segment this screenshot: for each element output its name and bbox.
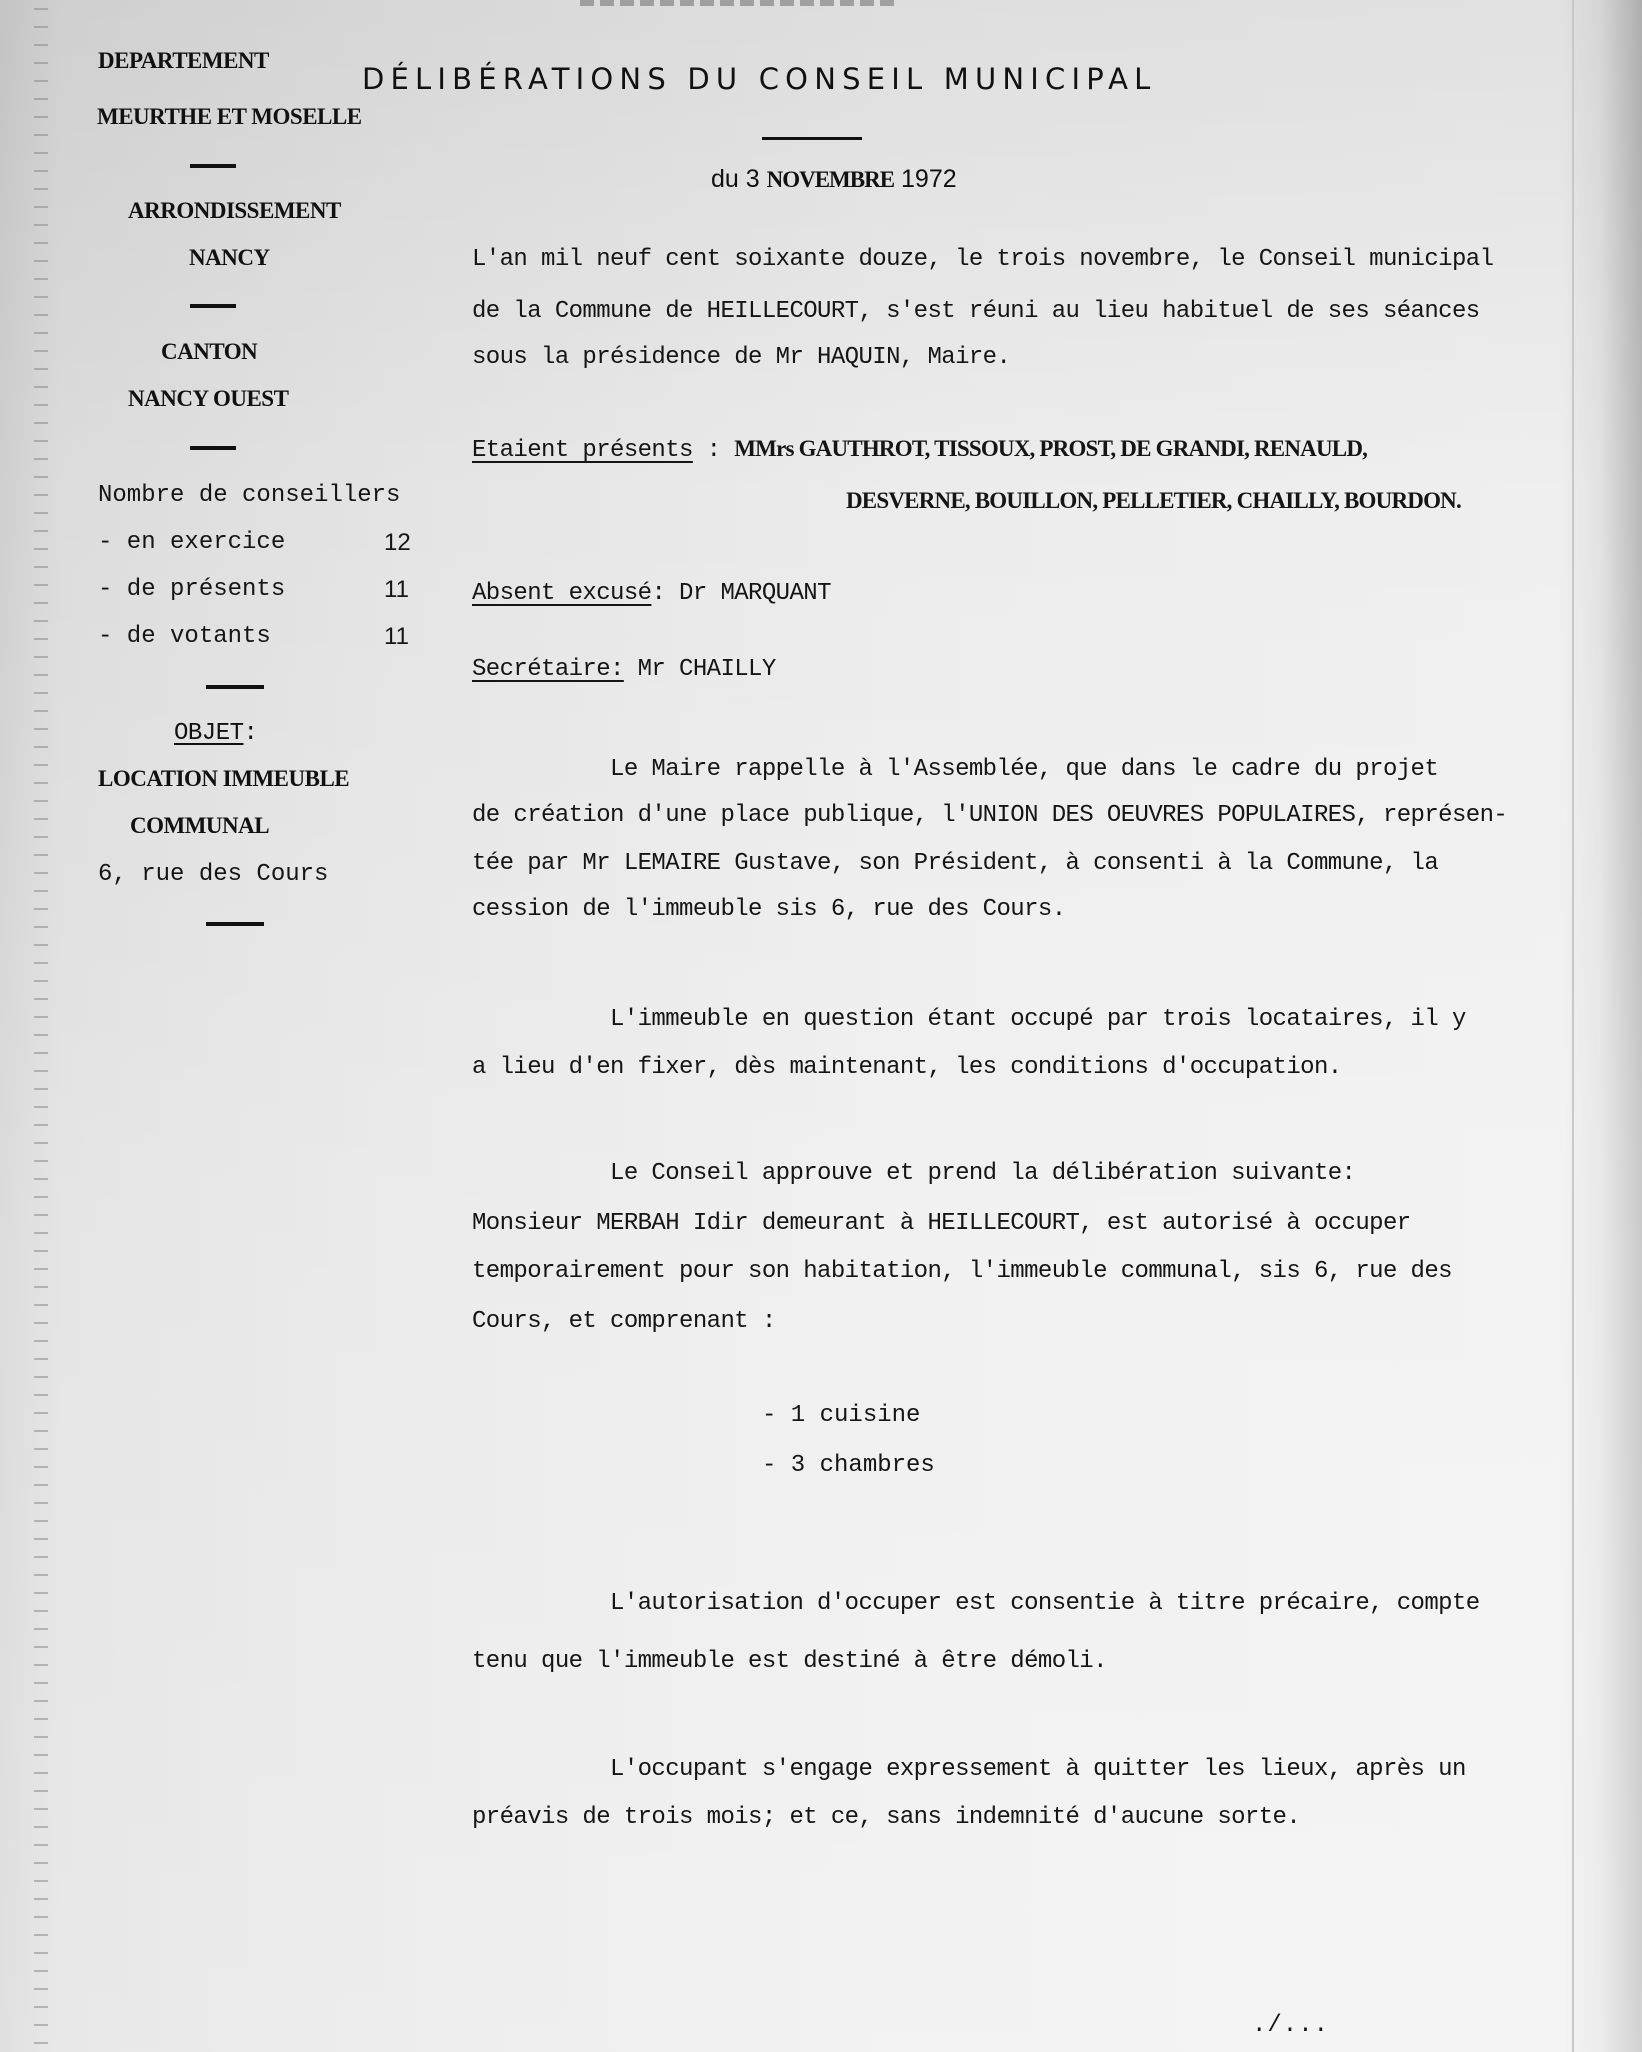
departement-label: DEPARTEMENT — [98, 48, 269, 74]
count-label-exercice: - en exercice — [98, 529, 285, 556]
objet-heading: OBJET: — [174, 720, 257, 747]
divider — [190, 446, 236, 450]
paragraph4-line-2: tenu que l'immeuble est destiné à être d… — [472, 1648, 1107, 1675]
presents-row-2: DESVERNE, BOUILLON, PELLETIER, CHAILLY, … — [846, 488, 1461, 516]
presents-separator: : — [693, 437, 734, 464]
presents-names-2: DESVERNE, BOUILLON, PELLETIER, CHAILLY, … — [846, 488, 1461, 513]
count-label-presents: - de présents — [98, 576, 285, 603]
date-prefix: du 3 — [711, 165, 767, 193]
preamble-line-2: de la Commune de HEILLECOURT, s'est réun… — [472, 298, 1480, 325]
objet-label: OBJET — [174, 720, 244, 747]
secretaire-row: Secrétaire: Mr CHAILLY — [472, 656, 776, 683]
title-rule — [762, 137, 862, 140]
previous-page-fragment — [580, 0, 900, 6]
room-item-bedrooms: - 3 chambres — [762, 1452, 935, 1479]
paragraph3-line-1: Le Conseil approuve et prend la délibéra… — [472, 1160, 1355, 1187]
count-value-presents: 11 — [384, 576, 409, 604]
room-item-kitchen: - 1 cuisine — [762, 1402, 920, 1429]
paragraph1-line-2: de création d'une place publique, l'UNIO… — [472, 802, 1507, 829]
presents-row: Etaient présents : MMrs GAUTHROT, TISSOU… — [472, 436, 1367, 464]
presents-label: Etaient présents — [472, 437, 693, 464]
page-fold-line — [1572, 0, 1574, 2052]
objet-line-3: 6, rue des Cours — [98, 861, 328, 888]
paragraph2-line-1: L'immeuble en question étant occupé par … — [472, 1006, 1466, 1033]
preamble-line-1: L'an mil neuf cent soixante douze, le tr… — [472, 246, 1493, 273]
canton-value: NANCY OUEST — [128, 386, 288, 412]
paragraph4-line-1: L'autorisation d'occuper est consentie à… — [472, 1590, 1480, 1617]
paragraph2-line-2: a lieu d'en fixer, dès maintenant, les c… — [472, 1054, 1342, 1081]
arrondissement-label: ARRONDISSEMENT — [128, 198, 341, 224]
count-label-votants: - de votants — [98, 623, 271, 650]
canton-label: CANTON — [161, 339, 257, 365]
count-value-votants: 11 — [384, 623, 409, 651]
paragraph3-line-3: temporairement pour son habitation, l'im… — [472, 1258, 1452, 1285]
secretaire-label: Secrétaire: — [472, 656, 624, 683]
absent-row: Absent excusé: Dr MARQUANT — [472, 580, 831, 607]
paragraph5-line-1: L'occupant s'engage expressement à quitt… — [472, 1756, 1466, 1783]
continuation-mark: ./... — [1252, 2012, 1329, 2039]
objet-line-2: COMMUNAL — [130, 813, 269, 839]
objet-line-1: LOCATION IMMEUBLE — [98, 766, 349, 792]
divider — [190, 164, 236, 168]
paragraph5-line-2: préavis de trois mois; et ce, sans indem… — [472, 1804, 1300, 1831]
divider — [206, 922, 264, 926]
objet-colon: : — [244, 720, 258, 747]
divider — [206, 685, 264, 689]
perforated-edge — [34, 0, 48, 2052]
conseillers-heading: Nombre de conseillers — [98, 482, 400, 509]
preamble-line-3: sous la présidence de Mr HAQUIN, Maire. — [472, 344, 1010, 371]
paragraph1-line-1: Le Maire rappelle à l'Assemblée, que dan… — [472, 756, 1438, 783]
count-value-exercice: 12 — [384, 529, 411, 557]
arrondissement-value: NANCY — [189, 245, 270, 271]
meeting-date: du 3 NOVEMBRE 1972 — [711, 165, 957, 194]
absent-label: Absent excusé — [472, 580, 651, 607]
document-title: DÉLIBÉRATIONS DU CONSEIL MUNICIPAL — [362, 62, 1156, 96]
paragraph3-line-2: Monsieur MERBAH Idir demeurant à HEILLEC… — [472, 1210, 1411, 1237]
date-year: 1972 — [894, 165, 957, 193]
departement-value: MEURTHE ET MOSELLE — [97, 104, 362, 130]
presents-names-1: MMrs GAUTHROT, TISSOUX, PROST, DE GRANDI… — [734, 436, 1367, 461]
paragraph1-line-3: tée par Mr LEMAIRE Gustave, son Présiden… — [472, 850, 1438, 877]
date-month: NOVEMBRE — [767, 167, 894, 192]
paragraph1-line-4: cession de l'immeuble sis 6, rue des Cou… — [472, 896, 1066, 923]
divider — [190, 304, 236, 308]
secretaire-value: Mr CHAILLY — [624, 656, 776, 683]
paragraph3-line-4: Cours, et comprenant : — [472, 1308, 776, 1335]
absent-separator: : — [651, 580, 679, 607]
absent-value: Dr MARQUANT — [679, 580, 831, 607]
